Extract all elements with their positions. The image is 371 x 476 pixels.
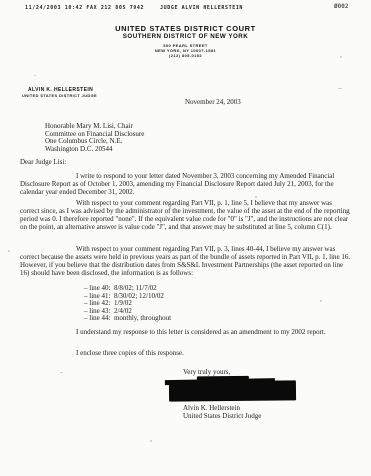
letter-paragraph: I write to respond to your letter dated … [20,172,352,196]
letter-paragraph: With respect to your comment regarding P… [20,199,352,231]
fax-header-datetime: 11/24/2003 10:42 FAX 212 805 7942 [25,5,144,11]
signature-name: Alvin K. Hellerstein [183,404,240,412]
distribution-dates-list: – line 40: 8/8/02; 11/7/02 – line 41: 8/… [84,285,171,323]
scan-noise-speck [150,440,152,442]
scan-noise-speck [255,196,257,198]
sender-judge-title: UNITED STATES DISTRICT JUDGE [22,93,97,98]
letterhead-court-name: UNITED STATES DISTRICT COURT [0,24,371,33]
letter-paragraph: With respect to your comment regarding P… [20,245,352,277]
distribution-list-item: – line 44: monthly, throughout [84,315,171,323]
fax-header-sender: JUDGE ALVIN HELLERSTEIN [160,5,243,11]
letterhead-district-name: SOUTHERN DISTRICT OF NEW YORK [0,33,371,40]
scan-noise-speck [60,372,63,373]
redacted-signature [169,380,296,401]
fax-page-number: Ø002 [334,3,348,10]
scan-noise-speck [340,56,342,58]
letter-date: November 24, 2003 [185,98,241,106]
scan-noise-speck [320,300,322,302]
scanned-fax-letter: 11/24/2003 10:42 FAX 212 805 7942 JUDGE … [0,0,371,476]
letterhead-phone: (212) 805-0152 [0,53,371,58]
letter-paragraph: I understand my response to this letter … [20,328,352,336]
scan-noise-speck [8,250,10,252]
signature-title: United States District Judge [183,412,261,420]
recipient-line: Washington D.C. 20544 [45,146,144,154]
recipient-address-block: Honorable Mary M. Lisi, Chair Committee … [45,123,144,154]
scan-noise-speck [34,75,36,76]
letter-paragraph: I enclose three copies of this response. [20,349,352,357]
scan-noise-speck [338,88,342,89]
valediction: Very truly yours, [183,368,230,376]
salutation: Dear Judge Lisi: [20,158,66,166]
